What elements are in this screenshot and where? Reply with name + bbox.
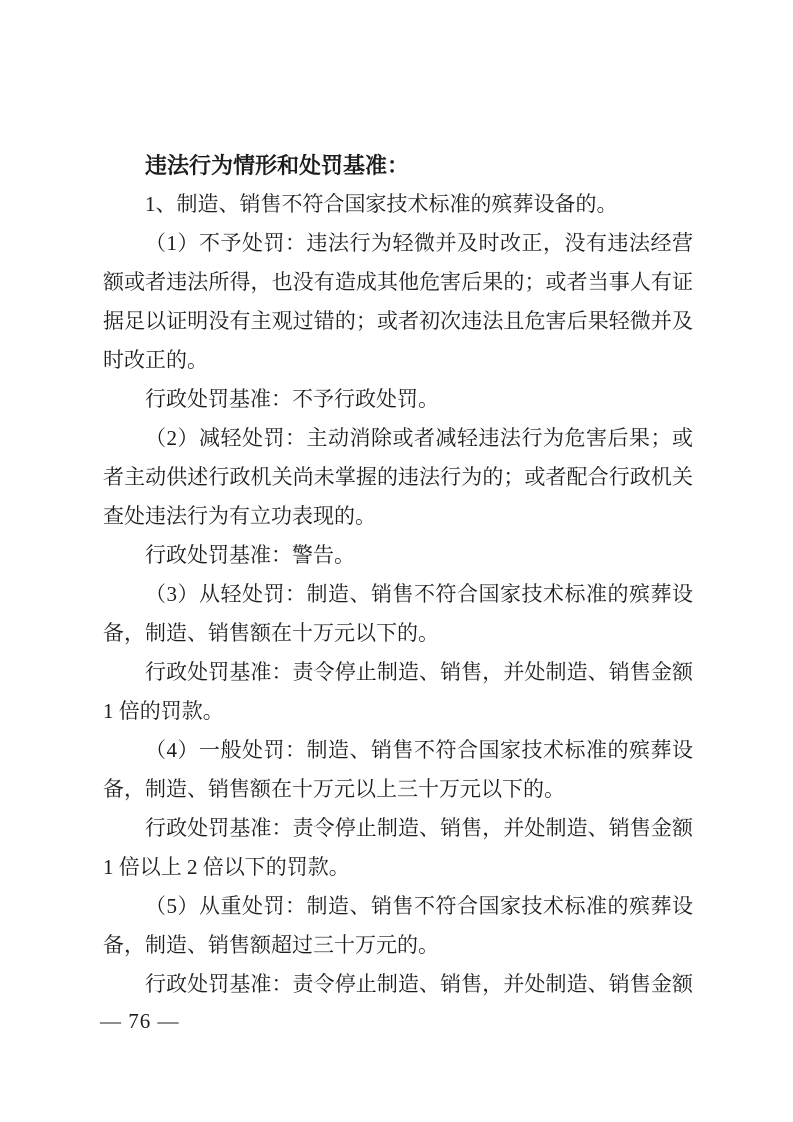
text-line: 行政处罚基准：责令停止制造、销售，并处制造、销售金额 <box>103 965 693 1004</box>
text-line: 1 倍的罚款。 <box>103 692 693 731</box>
text-line: （3）从轻处罚：制造、销售不符合国家技术标准的殡葬设 <box>103 575 693 614</box>
document-body: 违法行为情形和处罚基准： 1、制造、销售不符合国家技术标准的殡葬设备的。 （1）… <box>103 146 693 1004</box>
text-line: 行政处罚基准：警告。 <box>103 536 693 575</box>
text-line: 时改正的。 <box>103 341 693 380</box>
text-line: 备，制造、销售额超过三十万元的。 <box>103 926 693 965</box>
text-line: 据足以证明没有主观过错的；或者初次违法且危害后果轻微并及 <box>103 302 693 341</box>
text-line: 行政处罚基准：责令停止制造、销售，并处制造、销售金额 <box>103 809 693 848</box>
text-line: 备，制造、销售额在十万元以上三十万元以下的。 <box>103 770 693 809</box>
text-line: 额或者违法所得，也没有造成其他危害后果的；或者当事人有证 <box>103 263 693 302</box>
text-line: （5）从重处罚：制造、销售不符合国家技术标准的殡葬设 <box>103 887 693 926</box>
text-line: 行政处罚基准：责令停止制造、销售，并处制造、销售金额 <box>103 653 693 692</box>
text-line: 查处违法行为有立功表现的。 <box>103 497 693 536</box>
text-line: 备，制造、销售额在十万元以下的。 <box>103 614 693 653</box>
text-line: 行政处罚基准：不予行政处罚。 <box>103 380 693 419</box>
text-line: 者主动供述行政机关尚未掌握的违法行为的；或者配合行政机关 <box>103 458 693 497</box>
page-number: — 76 — <box>100 1002 180 1041</box>
text-line: 1、制造、销售不符合国家技术标准的殡葬设备的。 <box>103 185 693 224</box>
text-line: 1 倍以上 2 倍以下的罚款。 <box>103 848 693 887</box>
section-heading: 违法行为情形和处罚基准： <box>103 146 693 185</box>
text-line: （2）减轻处罚：主动消除或者减轻违法行为危害后果；或 <box>103 419 693 458</box>
document-page: 违法行为情形和处罚基准： 1、制造、销售不符合国家技术标准的殡葬设备的。 （1）… <box>0 0 793 1122</box>
text-line: （1）不予处罚：违法行为轻微并及时改正，没有违法经营 <box>103 224 693 263</box>
text-line: （4）一般处罚：制造、销售不符合国家技术标准的殡葬设 <box>103 731 693 770</box>
